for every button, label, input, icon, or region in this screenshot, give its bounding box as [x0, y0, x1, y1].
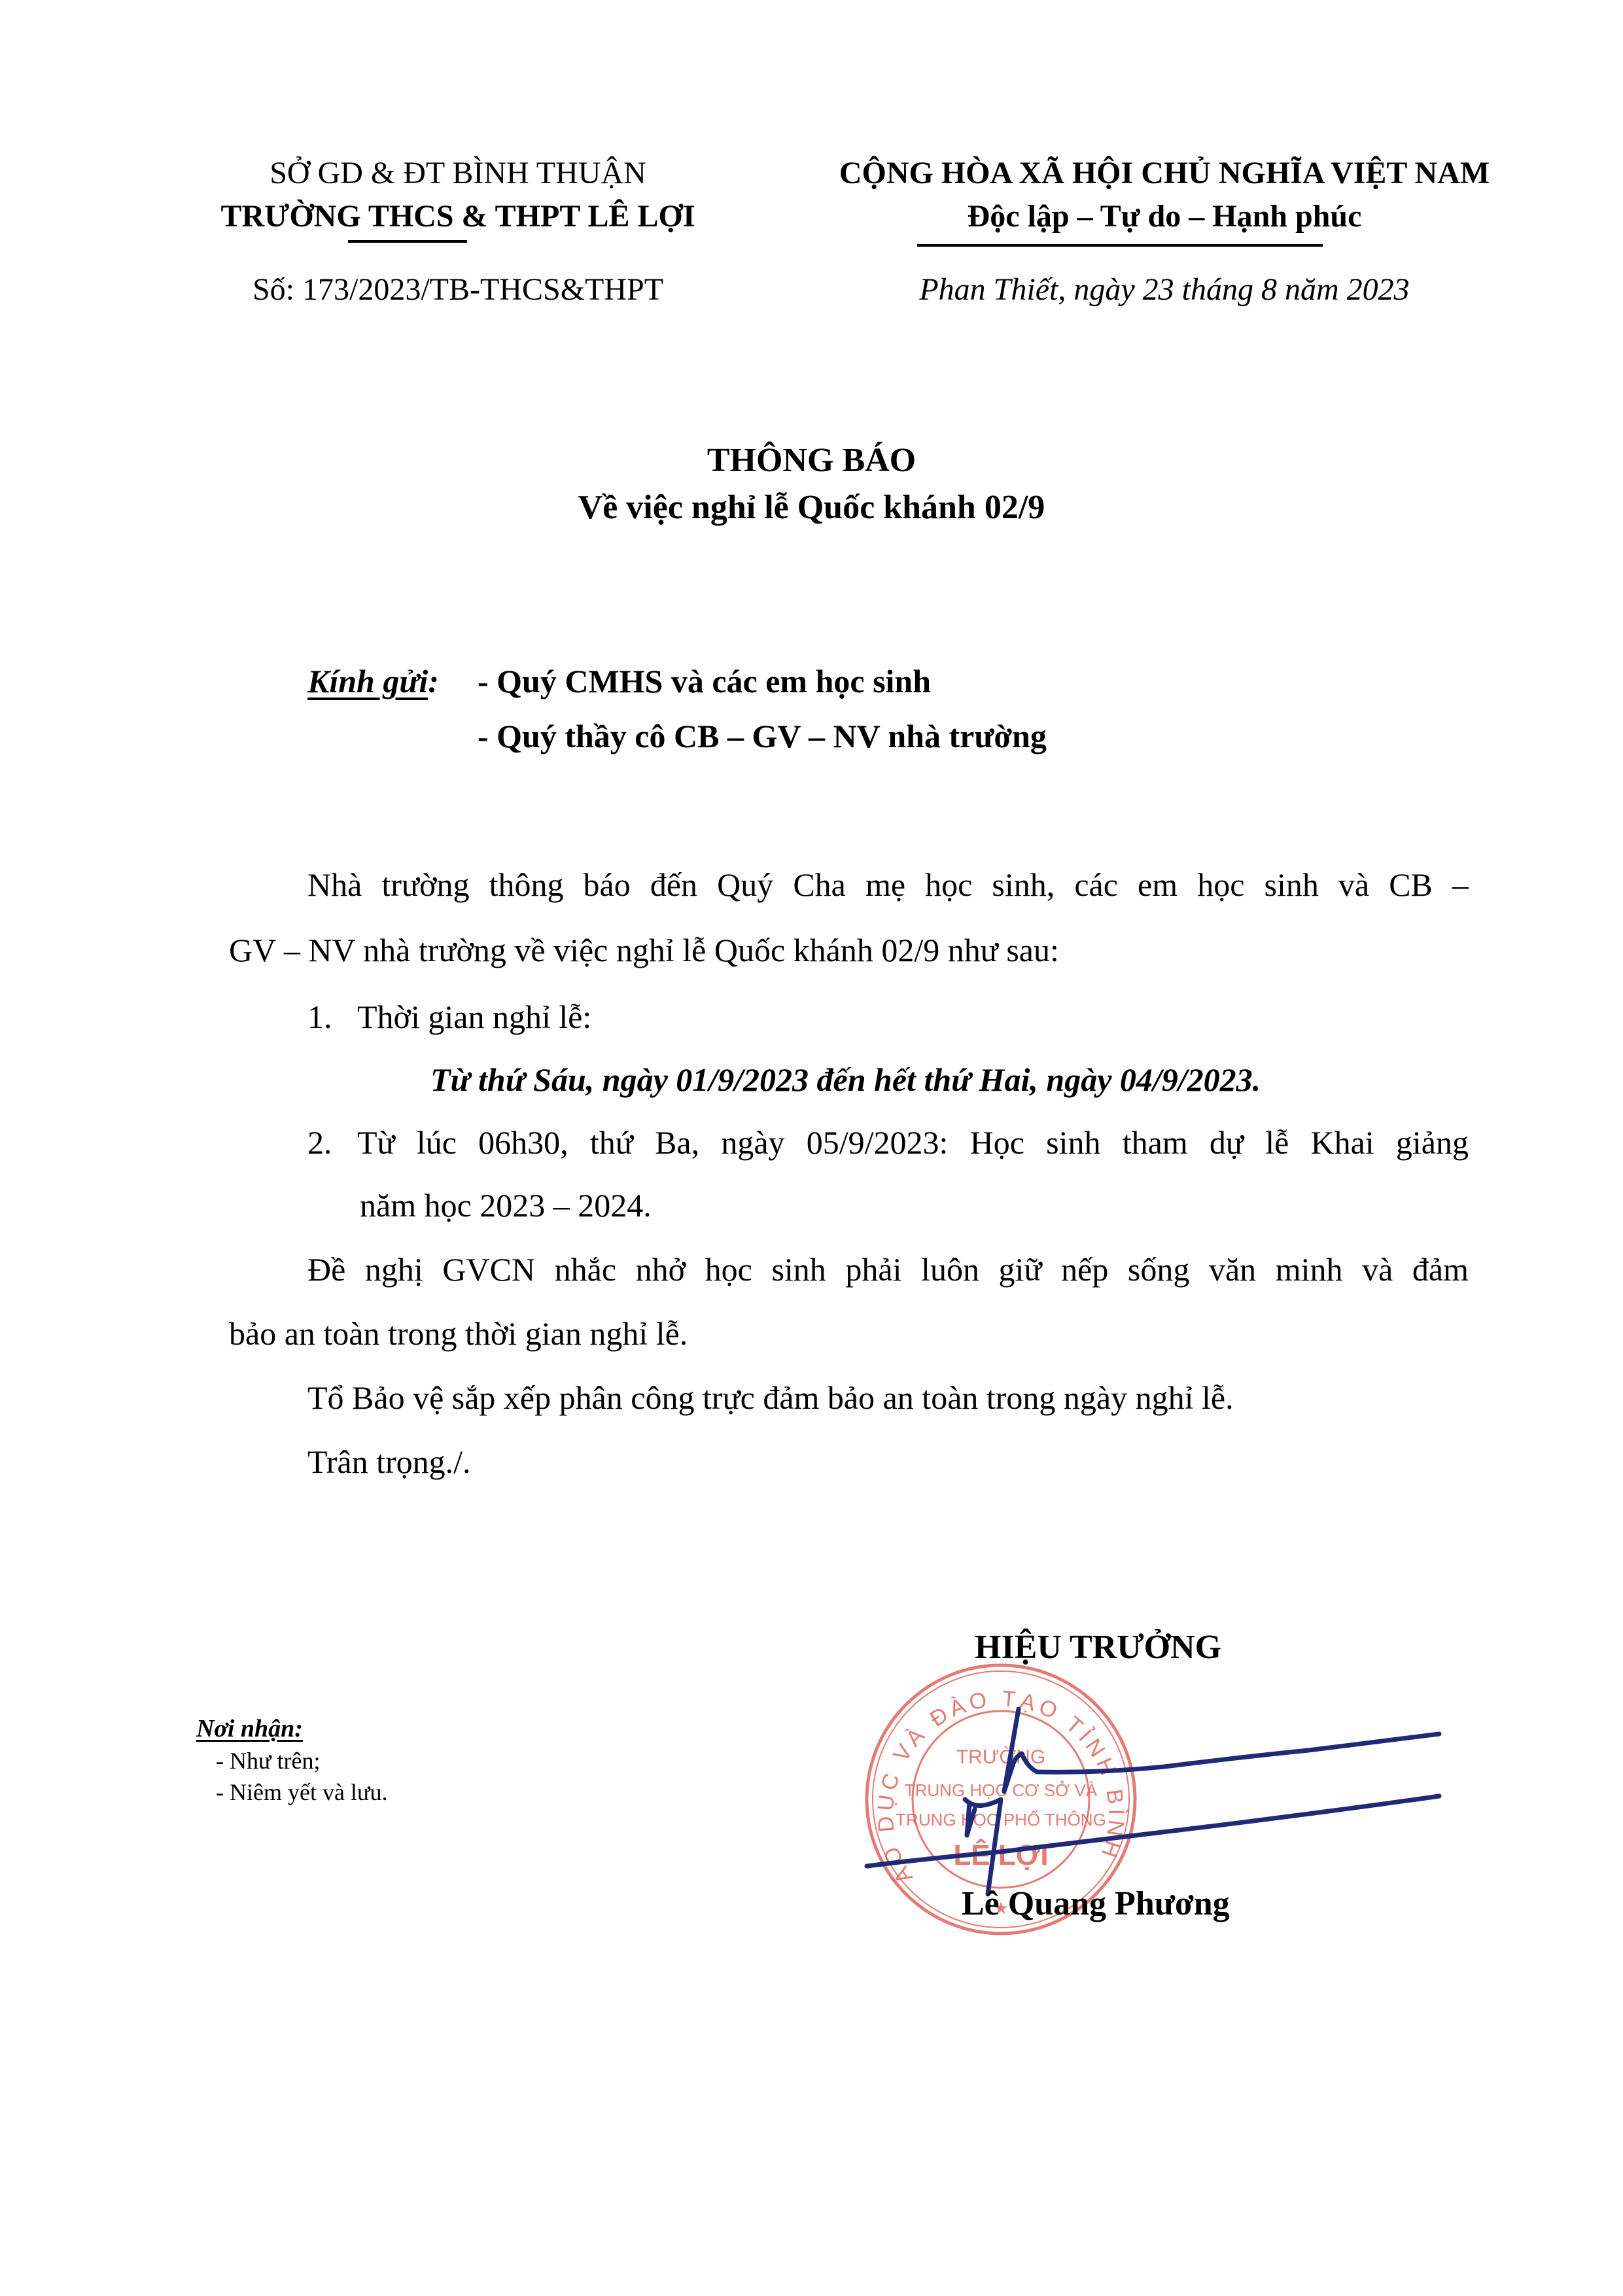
school-name: TRƯỜNG THCS & THPT LÊ LỢI [164, 195, 752, 238]
recipients-label: Kính gửi: [307, 662, 439, 700]
document-date: Phan Thiết, ngày 23 tháng 8 năm 2023 [752, 272, 1577, 308]
recipient-item: - Quý CMHS và các em học sinh [478, 662, 931, 700]
issuing-agency-block: SỞ GD & ĐT BÌNH THUẬN TRƯỜNG THCS & THPT… [164, 152, 752, 238]
receiver-item: - Niêm yết và lưu. [216, 1778, 387, 1806]
security-paragraph: Tổ Bảo vệ sắp xếp phân công trực đảm bảo… [307, 1378, 1234, 1417]
school-underline [348, 240, 467, 243]
opening-ceremony-line2: năm học 2023 – 2024. [360, 1186, 652, 1225]
signatory-name: Lê Quang Phương [962, 1884, 1230, 1923]
national-motto-block: CỘNG HÒA XÃ HỘI CHỦ NGHĨA VIỆT NAM Độc l… [752, 152, 1577, 238]
list-item-opening-ceremony: 2.Từ lúc 06h30, thứ Ba, ngày 05/9/2023: … [307, 1123, 1469, 1162]
department-name: SỞ GD & ĐT BÌNH THUẬN [164, 152, 752, 195]
intro-paragraph-line1: Nhà trường thông báo đến Quý Cha mẹ học … [307, 865, 1469, 904]
closing-text: Trân trọng./. [307, 1442, 471, 1481]
notice-title-block: THÔNG BÁO Về việc nghỉ lễ Quốc khánh 02/… [0, 437, 1623, 531]
motto-underline [917, 244, 1323, 247]
request-paragraph-line1: Đề nghị GVCN nhắc nhở học sinh phải luôn… [307, 1250, 1469, 1289]
receivers-title: Nơi nhận: [196, 1714, 303, 1743]
intro-paragraph-line2: GV – NV nhà trường về việc nghỉ lễ Quốc … [229, 930, 1059, 970]
motto: Độc lập – Tự do – Hạnh phúc [752, 195, 1577, 238]
notice-subject: Về việc nghỉ lễ Quốc khánh 02/9 [0, 484, 1623, 531]
holiday-period-detail: Từ thứ Sáu, ngày 01/9/2023 đến hết thứ H… [430, 1060, 1261, 1099]
document-number: Số: 173/2023/TB-THCS&THPT [164, 272, 752, 308]
receiver-item: - Như trên; [216, 1747, 320, 1775]
list-item-holiday-period: 1.Thời gian nghỉ lễ: [307, 997, 591, 1036]
recipient-item: - Quý thầy cô CB – GV – NV nhà trường [478, 717, 1047, 755]
country-name: CỘNG HÒA XÃ HỘI CHỦ NGHĨA VIỆT NAM [752, 152, 1577, 195]
school-name-underlined: THCS & THPT [368, 199, 580, 234]
request-paragraph-line2: bảo an toàn trong thời gian nghỉ lễ. [229, 1314, 688, 1353]
handwritten-signature [850, 1669, 1472, 1917]
notice-title: THÔNG BÁO [0, 437, 1623, 484]
